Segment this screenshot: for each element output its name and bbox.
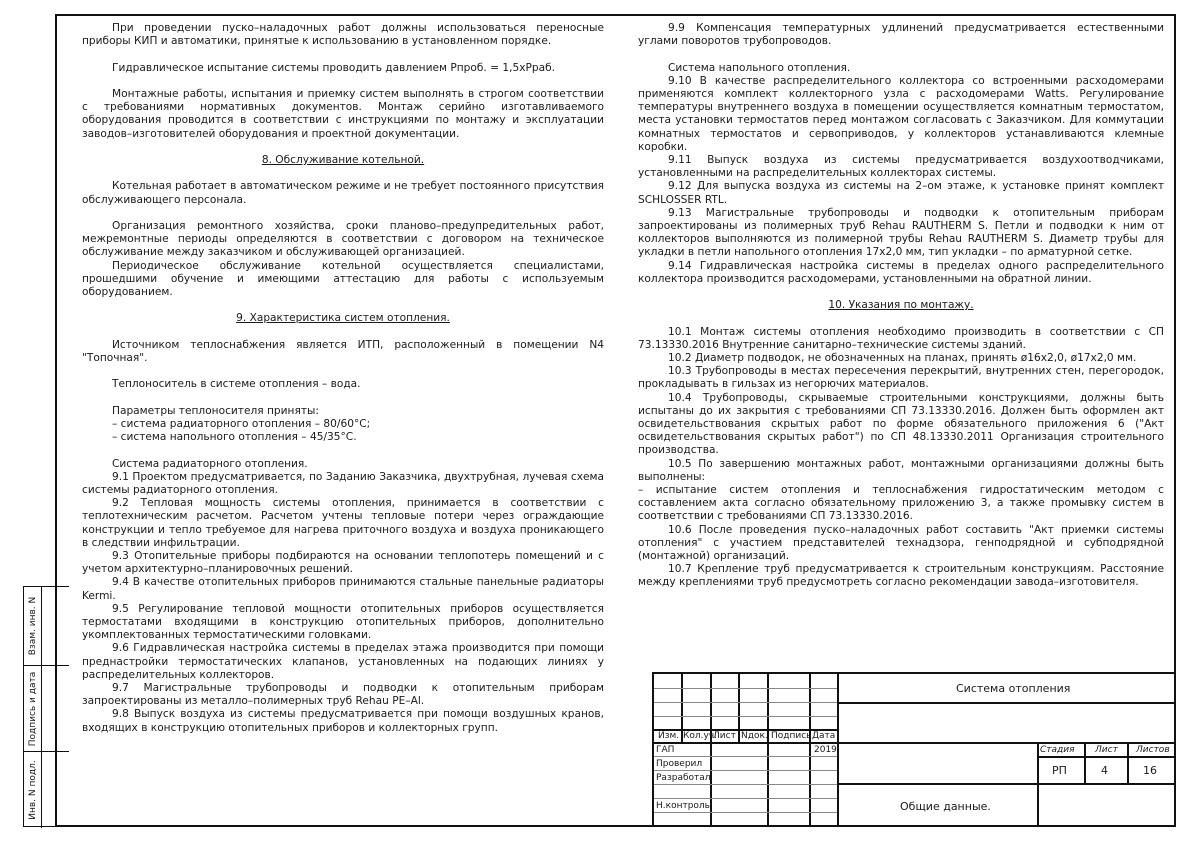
paragraph: – система напольного отопления – 45/35°С… [82, 431, 604, 444]
left-text-column: При проведении пуско–наладочных работ до… [82, 22, 604, 735]
paragraph: 9.12 Для выпуска воздуха из системы на 2… [638, 180, 1164, 206]
header-doc-no: Nдок. [741, 731, 768, 741]
paragraph: Система напольного отопления. [638, 62, 1164, 75]
side-cell-original: Инв. N подл. [24, 751, 69, 828]
paragraph: 9.2 Тепловая мощность системы отопления,… [82, 497, 604, 550]
sheet-label: Лист [1095, 745, 1118, 755]
sheets-value: 16 [1143, 764, 1157, 777]
paragraph-gap [82, 326, 604, 339]
header-sheet: Лист [713, 731, 736, 741]
paragraph: 9.8 Выпуск воздуха из системы предусматр… [82, 708, 604, 734]
paragraph: 9.14 Гидравлическая настройка системы в … [638, 260, 1164, 286]
section-heading: 8. Обслуживание котельной. [82, 154, 604, 167]
paragraph: Теплоноситель в системе отопления – вода… [82, 378, 604, 391]
paragraph: 9.11 Выпуск воздуха из системы предусмат… [638, 154, 1164, 180]
paragraph-gap [82, 392, 604, 405]
paragraph-gap [82, 444, 604, 457]
paragraph: – система радиаторного отопления – 80/60… [82, 418, 604, 431]
paragraph: 9.1 Проектом предусматривается, по Задан… [82, 471, 604, 497]
paragraph: 10.4 Трубопроводы, скрываемые строительн… [638, 392, 1164, 458]
paragraph: 10.5 По завершению монтажных работ, монт… [638, 458, 1164, 484]
paragraph: 9.10 В качестве распределительного колле… [638, 75, 1164, 154]
paragraph: 9.7 Магистральные трубопроводы и подводк… [82, 682, 604, 708]
paragraph-gap [82, 141, 604, 154]
side-label-original-inv: Инв. N подл. [28, 760, 38, 819]
paragraph: Котельная работает в автоматическом режи… [82, 180, 604, 206]
paragraph: 9.13 Магистральные трубопроводы и подвод… [638, 207, 1164, 260]
paragraph: 10.3 Трубопроводы в местах пересечения п… [638, 365, 1164, 391]
side-cell-signature: Подпись и дата [24, 665, 69, 751]
paragraph-gap [638, 48, 1164, 61]
title-block: Изм. Кол.уч. Лист Nдок. Подпись Дата ГАП… [652, 672, 1176, 827]
paragraph-gap [82, 365, 604, 378]
paragraph: 10.7 Крепление труб предусматривается к … [638, 563, 1164, 589]
paragraph: – испытание систем отопления и теплоснаб… [638, 484, 1164, 524]
right-text-column: 9.9 Компенсация температурных удлинений … [638, 22, 1164, 590]
paragraph-gap [82, 48, 604, 61]
paragraph-gap [82, 207, 604, 220]
paragraph: 10.2 Диаметр подводок, не обозначенных н… [638, 352, 1164, 365]
header-change: Изм. [658, 731, 679, 741]
sheet-value: 4 [1101, 764, 1108, 777]
paragraph-gap [638, 312, 1164, 325]
paragraph: 9.9 Компенсация температурных удлинений … [638, 22, 1164, 48]
paragraph: При проведении пуско–наладочных работ до… [82, 22, 604, 48]
paragraph: Система радиаторного отопления. [82, 458, 604, 471]
header-qty: Кол.уч. [683, 731, 717, 741]
paragraph-gap [82, 299, 604, 312]
role-norm-control: Н.контроль [656, 801, 710, 811]
paragraph: Организация ремонтного хозяйства, сроки … [82, 220, 604, 260]
project-title: Система отопления [956, 682, 1070, 695]
sheet-title: Общие данные. [900, 800, 991, 813]
paragraph: 9.5 Регулирование тепловой мощности отоп… [82, 603, 604, 643]
stage-label: Стадия [1040, 745, 1075, 755]
section-heading: 9. Характеристика систем отопления. [82, 312, 604, 325]
side-label-signature-date: Подпись и дата [28, 671, 38, 746]
paragraph: 10.1 Монтаж системы отопления необходимо… [638, 326, 1164, 352]
side-stamp: Взам. инв. N Подпись и дата Инв. N подл. [23, 586, 68, 827]
role-gap: ГАП [656, 745, 674, 755]
role-checked: Проверил [656, 759, 702, 769]
role-developed: Разработал [656, 773, 711, 783]
side-label-replacement-inv: Взам. инв. N [28, 597, 38, 655]
paragraph-gap [82, 75, 604, 88]
header-signature: Подпись [771, 731, 811, 741]
paragraph: Параметры теплоносителя приняты: [82, 405, 604, 418]
paragraph: Гидравлическое испытание системы проводи… [82, 62, 604, 75]
header-date: Дата [812, 731, 835, 741]
paragraph-gap [82, 167, 604, 180]
stage-value: РП [1052, 764, 1067, 777]
section-heading: 10. Указания по монтажу. [638, 299, 1164, 312]
sheets-label: Листов [1136, 745, 1170, 755]
paragraph: 9.6 Гидравлическая настройка системы в п… [82, 642, 604, 682]
side-cell-replacement: Взам. инв. N [24, 586, 69, 666]
paragraph: 9.4 В качестве отопительных приборов при… [82, 576, 604, 602]
paragraph: Периодическое обслуживание котельной осу… [82, 260, 604, 300]
paragraph: Источником теплоснабжения является ИТП, … [82, 339, 604, 365]
paragraph: 9.3 Отопительные приборы подбираются на … [82, 550, 604, 576]
paragraph-gap [638, 286, 1164, 299]
year: 2019 [814, 745, 837, 755]
paragraph: 10.6 После проведения пуско–наладочных р… [638, 524, 1164, 564]
paragraph: Монтажные работы, испытания и приемку си… [82, 88, 604, 141]
